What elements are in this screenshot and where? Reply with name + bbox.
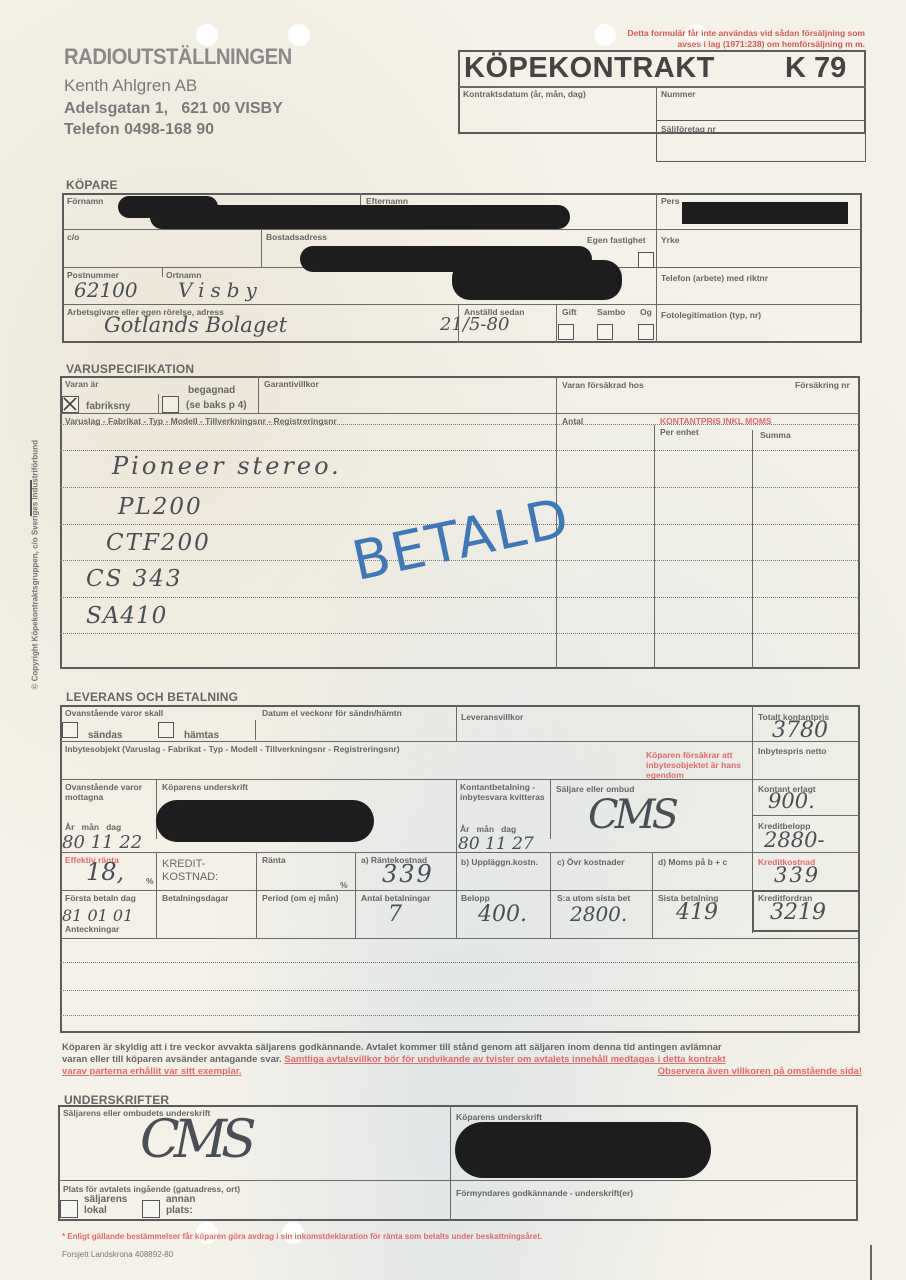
delivery-section-title: LEVERANS OCH BETALNING <box>66 690 238 704</box>
seller-sig-value: CMS <box>140 1110 251 1170</box>
terms-observe: Observera även villkoren på omstående si… <box>658 1066 862 1078</box>
list-item: Pioneer stereo. <box>112 452 342 480</box>
redacted-last-name <box>150 205 570 229</box>
company-address: Adelsgatan 1, 621 00 VISBY <box>64 100 283 118</box>
terms-line-1: Köparen är skyldig att i tre veckor avva… <box>62 1042 862 1054</box>
first-payment-label: Första betaln dag <box>65 893 136 903</box>
used-note: (se baks p 4) <box>186 400 247 411</box>
terms-label: Leveransvillkor <box>461 712 523 722</box>
goods-section-title: VARUSPECIFIKATION <box>66 362 194 376</box>
tax-note: * Enligt gällande bestämmelser får köpar… <box>62 1232 542 1241</box>
period-label: Period (om ej mån) <box>262 893 339 903</box>
page-title: KÖPEKONTRAKT <box>464 52 715 85</box>
personal-id-label: Pers <box>661 196 679 206</box>
punch-hole <box>594 24 616 46</box>
pickup-checkbox[interactable] <box>158 722 174 738</box>
goods-shall-label: Ovanstående varor skall <box>65 708 163 718</box>
seller-premises-label: säljarens lokal <box>84 1194 132 1216</box>
punch-hole <box>288 24 310 46</box>
terms-text: Köparen är skyldig att i tre veckor avva… <box>62 1042 862 1078</box>
redacted-personal-id <box>682 202 848 224</box>
tradein-price-label: Inbytespris netto <box>758 746 826 756</box>
received-date-value: 80 11 22 <box>62 832 142 853</box>
vat-label: d) Moms på b + c <box>658 857 727 867</box>
married-label: Gift <box>562 307 577 317</box>
unit-price-header: Per enhet <box>660 427 699 437</box>
single-label: Og <box>640 307 652 317</box>
redacted-buyer-signature <box>156 800 374 842</box>
married-checkbox[interactable] <box>558 324 574 340</box>
interest-cost-value: 339 <box>382 860 434 888</box>
first-payment-value: 81 01 01 <box>62 906 133 925</box>
insured-at-label: Varan försäkrad hos <box>562 380 644 390</box>
other-cost-label: c) Övr kostnader <box>557 857 625 867</box>
credit-cost-heading: KREDIT- KOSTNAD: <box>162 858 218 884</box>
terms-line-2-red: Samtliga avtalsvillkor bör för undvikand… <box>284 1054 725 1065</box>
form-code: K 79 <box>785 52 846 85</box>
notes-label: Anteckningar <box>65 924 119 934</box>
num-payments-value: 7 <box>388 902 402 927</box>
interest-label: Ränta <box>262 855 286 865</box>
list-item: PL200 <box>118 494 203 520</box>
tradein-label: Inbytesobjekt (Varuslag - Fabrikat - Typ… <box>65 744 400 754</box>
cash-paid-value: 900. <box>768 789 815 813</box>
redacted-address-2 <box>452 260 622 300</box>
received-label: Ovanstående varor mottagna <box>65 782 145 802</box>
condition-label: Varan är <box>65 379 99 389</box>
seller-premises-checkbox[interactable] <box>60 1200 78 1218</box>
buyer-signature-label: Köparens underskrift <box>162 782 248 792</box>
total-cash-value: 3780 <box>772 718 828 743</box>
pickup-label: hämtas <box>184 730 219 741</box>
checkmark-x-icon <box>63 397 77 411</box>
used-label: begagnad <box>188 385 235 396</box>
list-item: SA410 <box>86 603 167 629</box>
number-label: Nummer <box>661 89 695 99</box>
redacted-buyer-sig <box>455 1122 711 1178</box>
send-checkbox[interactable] <box>62 722 78 738</box>
co-label: c/o <box>67 232 79 242</box>
used-checkbox[interactable] <box>162 396 179 413</box>
effective-rate-value: 18, <box>86 858 124 886</box>
new-checkbox[interactable] <box>62 396 79 413</box>
address-label: Bostadsadress <box>266 232 327 242</box>
payment-days-label: Betalningsdagar <box>162 893 229 903</box>
company-phone: Telefon 0498-168 90 <box>64 121 214 139</box>
own-property-checkbox[interactable] <box>638 252 654 268</box>
buyer-section-title: KÖPARE <box>66 178 118 192</box>
sum-header: Summa <box>760 430 791 440</box>
buyer-sig-label: Köparens underskrift <box>456 1112 542 1122</box>
cohabiting-checkbox[interactable] <box>597 324 613 340</box>
terms-line-2: varan eller till köparen avsänder antaga… <box>62 1054 282 1065</box>
photo-id-label: Fotolegitimation (typ, nr) <box>661 310 761 320</box>
subtotal-value: 2800. <box>570 902 627 926</box>
employer-value: Gotlands Bolaget <box>104 313 287 337</box>
interest-percent: % <box>340 880 348 890</box>
list-item: CS 343 <box>86 566 183 592</box>
credit-claim-value: 3219 <box>770 900 826 925</box>
credit-amount-value: 2880- <box>764 828 825 852</box>
amount-value: 400. <box>478 902 527 927</box>
insurance-no-label: Försäkring nr <box>795 380 850 390</box>
company-name: Kenth Ahlgren AB <box>64 76 197 96</box>
date-label: Datum el veckonr för sändn/hämtn <box>262 708 402 718</box>
receipt-ymd-label: År mån dag <box>460 824 516 834</box>
single-checkbox[interactable] <box>638 324 654 340</box>
punch-hole <box>196 24 218 46</box>
list-item: CTF200 <box>106 530 211 556</box>
guardian-label: Förmyndares godkännande - underskrift(er… <box>456 1188 633 1198</box>
printer-note: Forsjett Landskrona 408892-80 <box>62 1250 173 1259</box>
cash-receipt-label: Kontantbetalning - inbytesvara kvitteras <box>460 782 550 802</box>
other-place-checkbox[interactable] <box>142 1200 160 1218</box>
first-name-label: Förnamn <box>67 196 103 206</box>
tradein-notice: Köparen försäkrar att inbytesobjektet är… <box>646 750 746 780</box>
postal-code-value: 62100 <box>74 278 138 302</box>
terms-line-3-red: varav parterna erhållit var sitt exempla… <box>62 1066 242 1077</box>
send-label: sändas <box>88 730 122 741</box>
new-label: fabriksny <box>86 401 130 412</box>
received-ymd-label: År mån dag <box>65 822 121 832</box>
credit-cost-total-value: 339 <box>774 863 820 887</box>
margin-mark <box>30 480 32 516</box>
other-place-label: annan plats: <box>166 1194 208 1216</box>
company-banner: RADIOUTSTÄLLNINGEN <box>64 44 292 70</box>
employed-since-value: 21/5-80 <box>440 314 509 335</box>
city-value: Visby <box>178 278 263 302</box>
own-property-label: Egen fastighet <box>587 235 646 245</box>
warranty-label: Garantivillkor <box>264 379 319 389</box>
place-label: Plats för avtalets ingående (gatuadress,… <box>63 1184 240 1194</box>
contract-date-label: Kontraktsdatum (år, mån, dag) <box>463 89 586 99</box>
edge-mark <box>870 1245 872 1280</box>
legal-notice: Detta formulär får inte användas vid såd… <box>615 28 865 50</box>
phone-work-label: Telefon (arbete) med riktnr <box>661 273 768 283</box>
seller-signature: CMS <box>588 792 675 838</box>
seller-company-box <box>656 120 866 162</box>
receipt-date-value: 80 11 27 <box>458 834 534 854</box>
cohabiting-label: Sambo <box>597 307 625 317</box>
effective-rate-percent: % <box>146 876 154 886</box>
occupation-label: Yrke <box>661 235 679 245</box>
copyright-note: © Copyright Köpekontraktsgruppen, c/o Sv… <box>31 500 40 690</box>
setup-cost-label: b) Uppläggn.kostn. <box>461 857 538 867</box>
last-payment-value: 419 <box>676 900 718 925</box>
